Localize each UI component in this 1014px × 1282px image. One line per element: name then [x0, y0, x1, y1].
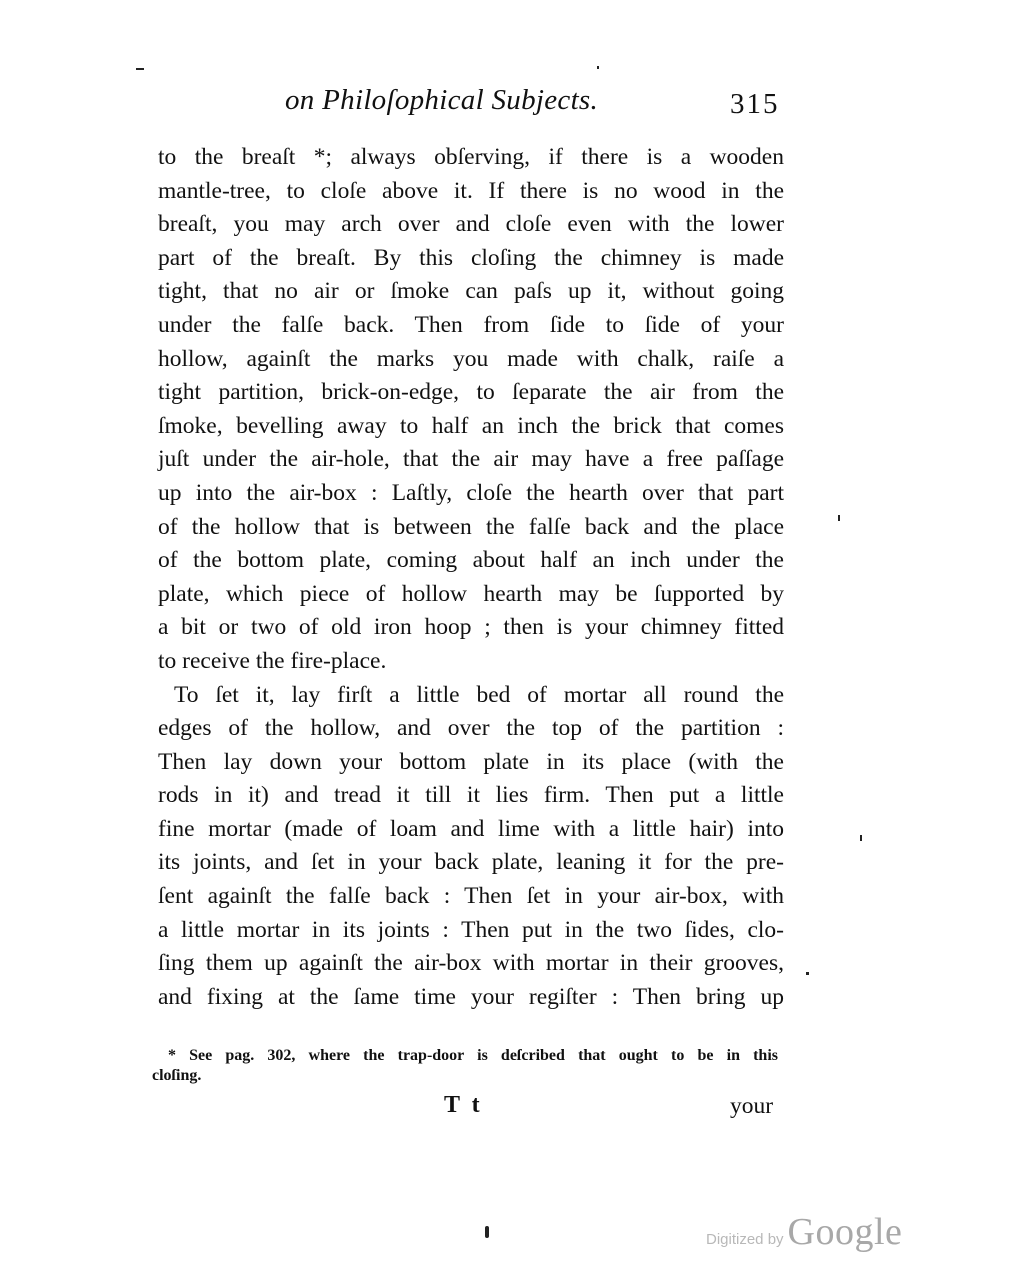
paragraph-end-line: to receive the fire-place.: [158, 645, 784, 679]
text-line: ſent againſt the falſe back : Then ſet i…: [158, 880, 784, 914]
text-line: edges of the hollow, and over the top of…: [158, 712, 784, 746]
text-line: up into the air-box : Laſtly, cloſe the …: [158, 477, 784, 511]
footnote-line: cloſing.: [152, 1066, 778, 1086]
digitized-by-google-watermark: Digitized by Google: [706, 1210, 902, 1254]
page-header: on Philoſophical Subjects. 315: [0, 84, 1014, 134]
scan-speck: [597, 66, 599, 69]
signature-mark: T t: [444, 1092, 483, 1119]
footnote: * See pag. 302, where the trap-door is d…: [152, 1046, 778, 1086]
google-logo-text: Google: [788, 1211, 903, 1253]
text-line: a bit or two of old iron hoop ; then is …: [158, 611, 784, 645]
running-title: on Philoſophical Subjects.: [285, 84, 598, 117]
text-line: a little mortar in its joints : Then put…: [158, 914, 784, 948]
text-line: its joints, and ſet in your back plate, …: [158, 846, 784, 880]
text-line: rods in it) and tread it till it lies fi…: [158, 779, 784, 813]
scan-speck: [806, 972, 809, 975]
scan-speck: [838, 515, 840, 521]
text-line: juſt under the air-hole, that the air ma…: [158, 443, 784, 477]
text-line: Then lay down your bottom plate in its p…: [158, 746, 784, 780]
scan-speck: [136, 68, 144, 70]
paragraph-start-line: To ſet it, lay firſt a little bed of mor…: [158, 679, 784, 713]
text-line: tight, that no air or ſmoke can paſs up …: [158, 275, 784, 309]
text-line: and fixing at the ſame time your regiſte…: [158, 981, 784, 1015]
text-line: under the falſe back. Then from ſide to …: [158, 309, 784, 343]
text-line: part of the breaſt. By this cloſing the …: [158, 242, 784, 276]
text-line: mantle-tree, to cloſe above it. If there…: [158, 175, 784, 209]
body-text: to the breaſt *; always obſerving, if th…: [158, 141, 784, 1014]
text-line: ſmoke, bevelling away to half an inch th…: [158, 410, 784, 444]
catchword: your: [730, 1093, 773, 1120]
footnote-line: * See pag. 302, where the trap-door is d…: [152, 1046, 778, 1066]
text-line: tight partition, brick-on-edge, to ſepar…: [158, 376, 784, 410]
scan-speck: [485, 1226, 489, 1238]
text-line: breaſt, you may arch over and cloſe even…: [158, 208, 784, 242]
text-line: of the hollow that is between the falſe …: [158, 511, 784, 545]
text-line: plate, which piece of hollow hearth may …: [158, 578, 784, 612]
text-line: hollow, againſt the marks you made with …: [158, 343, 784, 377]
text-line: to the breaſt *; always obſerving, if th…: [158, 141, 784, 175]
page-number: 315: [730, 88, 780, 121]
scan-speck: [860, 835, 862, 841]
text-line: of the bottom plate, coming about half a…: [158, 544, 784, 578]
text-line: ſing them up againſt the air-box with mo…: [158, 947, 784, 981]
text-line: fine mortar (made of loam and lime with …: [158, 813, 784, 847]
watermark-prefix: Digitized by: [706, 1231, 784, 1248]
